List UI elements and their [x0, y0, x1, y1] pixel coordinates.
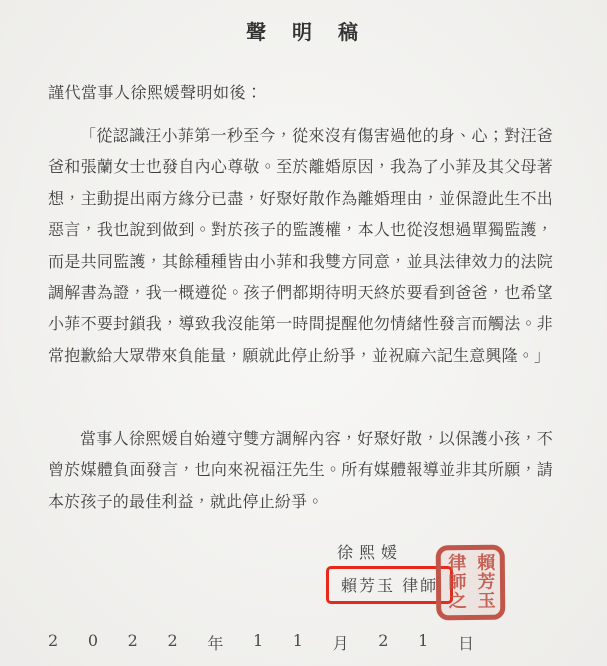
date-char: 2: [128, 631, 138, 654]
date-char: 2: [167, 631, 177, 654]
date-char: 2: [48, 631, 58, 654]
date-char: 1: [293, 631, 303, 654]
statement-paragraph-lawyer: 當事人徐熙媛自始遵守雙方調解內容，好聚好散，以保護小孩，不曾於媒體負面發言，也向…: [48, 423, 553, 517]
date-char: 1: [418, 631, 428, 654]
date-char: 2: [378, 631, 388, 654]
document-title: 聲 明 稿: [0, 16, 607, 45]
salutation-line: 謹代當事人徐熙媛聲明如後：: [48, 80, 263, 103]
date-line: 2 0 2 2 年 1 1 月 2 1 日: [48, 631, 474, 654]
date-char: 1: [253, 631, 263, 654]
lawyer-signature: 賴芳玉 律師: [341, 576, 438, 595]
statement-paragraph-quote: 「從認識汪小菲第一秒至今，從來沒有傷害過他的身、心；對汪爸爸和張蘭女士也發自內心…: [48, 120, 553, 371]
principal-signature: 徐熙媛: [337, 540, 403, 563]
seal-text: 賴芳玉律師之: [441, 552, 500, 613]
date-char: 年: [207, 631, 223, 654]
date-char: 日: [458, 631, 474, 654]
lawyer-name-highlight-box: 賴芳玉 律師: [326, 566, 453, 604]
lawyer-seal-stamp: 賴芳玉律師之: [436, 545, 506, 621]
statement-page: 聲 明 稿 謹代當事人徐熙媛聲明如後： 「從認識汪小菲第一秒至今，從來沒有傷害過…: [0, 0, 607, 666]
date-char: 0: [88, 631, 98, 654]
date-char: 月: [333, 631, 349, 654]
